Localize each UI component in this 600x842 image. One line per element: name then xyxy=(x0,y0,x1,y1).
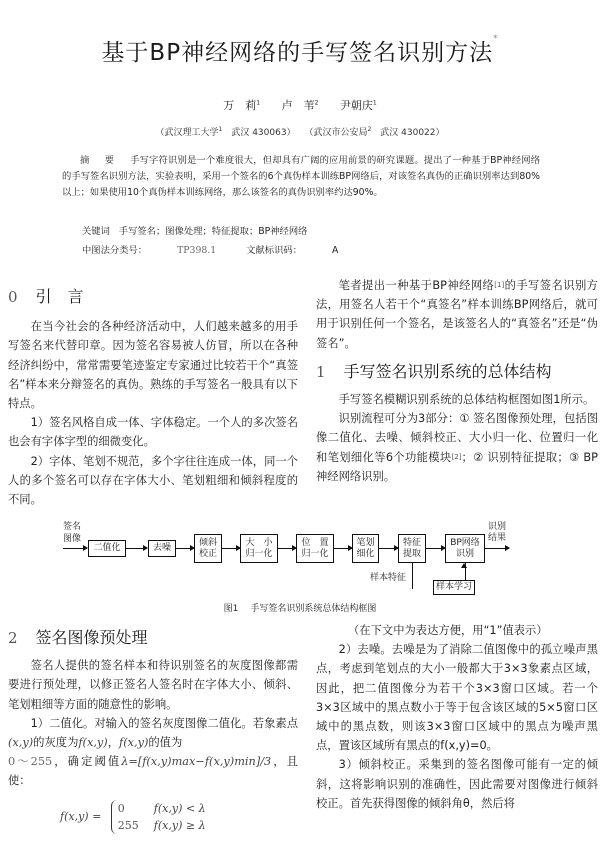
formula-case: 255f(x,y) ≥ λ xyxy=(118,819,206,832)
abstract-text: 手写字符识别是一个难度很大，但却具有广阔的应用前景的研究课题。提出了一种基于BP… xyxy=(62,155,540,198)
author-sup: 1 xyxy=(256,99,260,106)
paragraph-denoise: 2）去噪。去噪是为了消除二值图像中的孤立噪声黑点，考虑到笔划点的大小一般都大于3… xyxy=(316,640,598,755)
figure-block-diagram: 签名 图像 二值化 去噪 倾斜校正 大 小归一化 位 置归一化 笔划细化 特征提… xyxy=(55,518,555,600)
section-introduction: 0引 言 在当今社会的各种经济活动中，人们越来越多的用手写签名来代替印章。因为签… xyxy=(8,287,298,509)
text-run: 1）二值化。对输入的签名灰度图像二值化。若象素点 xyxy=(31,717,298,730)
box-skew-correction: 倾斜校正 xyxy=(194,534,222,563)
section-heading: 1手写签名识别系统的总体结构 xyxy=(316,362,598,382)
section-number: 0 xyxy=(8,288,18,306)
abstract-label: 摘 要 xyxy=(80,155,120,166)
section-heading: 2签名图像预处理 xyxy=(8,628,298,648)
clc-number: 中图法分类号：TP398.1 xyxy=(82,245,216,256)
author-name: 卢 苇 xyxy=(282,99,315,112)
arrow-icon xyxy=(485,548,509,549)
arrow-icon xyxy=(222,548,240,549)
box-position-normalization: 位 置归一化 xyxy=(296,534,334,563)
arrow-icon xyxy=(379,548,398,549)
text-run: 的值为 xyxy=(148,736,182,749)
author-name: 万 莉 xyxy=(223,99,256,112)
author: 卢 苇2 xyxy=(282,99,319,112)
box-bp-network-recognition: BP网络识别 xyxy=(445,534,485,563)
case-condition: f(x,y) ≥ λ xyxy=(154,819,206,832)
paragraph: 在当今社会的各种经济活动中，人们越来越多的用手写签名来代替印章。因为签名容易被人… xyxy=(8,317,298,413)
right-column-top: 笔者提出一种基于BP神经网络[1]的手写签名识别方法，用签名人若干个“真签名”样… xyxy=(316,276,598,486)
arrow-icon xyxy=(334,548,352,549)
author-sup: 1 xyxy=(373,99,377,106)
classification: 中图法分类号：TP398.1文献标识码：A xyxy=(82,242,338,256)
affiliations: （武汉理工大学1 武汉 430063） （武汉市公安局2 武汉 430022） xyxy=(0,125,600,138)
math-inline: (x,y) xyxy=(8,736,33,749)
section-number: 2 xyxy=(8,629,18,647)
formula-lhs: f(x,y) = xyxy=(60,810,101,823)
caption-text: 手写签名识别系统总体结构框图 xyxy=(250,604,376,614)
box-sample-learning: 样本学习 xyxy=(433,580,475,595)
case-condition: f(x,y) < λ xyxy=(154,802,206,815)
arrow-icon xyxy=(426,548,445,549)
doc-code: 文献标识码：A xyxy=(246,245,338,256)
figure-caption: 图1手写签名识别系统总体结构框图 xyxy=(0,601,600,614)
paragraph: 2）字体、笔划不规范，多个字往往连成一体，同一个人的多个签名可以存在字体大小、笔… xyxy=(8,452,298,510)
box-denoise: 去噪 xyxy=(148,540,176,557)
keywords-text: 手写签名；图像处理；特征提取；BP神经网络 xyxy=(119,226,308,237)
box-feature-extraction: 特征提取 xyxy=(398,534,426,563)
doc-code-value: A xyxy=(332,245,338,256)
section-title: 引 言 xyxy=(36,287,84,306)
authors: 万 莉1 卢 苇2 尹朝庆1 xyxy=(0,97,600,113)
abstract: 摘 要手写字符识别是一个难度很大，但却具有广阔的应用前景的研究课题。提出了一种基… xyxy=(62,153,540,201)
binarization-formula: f(x,y) = 0f(x,y) < λ 255f(x,y) ≥ λ xyxy=(60,800,206,834)
note: （在下文中为表达方便，用“1”值表示） xyxy=(316,621,598,640)
author-sup: 2 xyxy=(315,99,319,106)
paragraph: 0～255，确定阈值λ=[f(x,y)max−f(x,y)min]/3，且使： xyxy=(8,752,298,790)
box-stroke-thinning: 笔划细化 xyxy=(352,534,379,563)
text-run: ，确定阈值 xyxy=(52,755,121,768)
output-label: 结果 xyxy=(488,533,506,544)
paragraph: 识别流程可分为3部分：① 签名图像预处理，包括图像二值化、去噪、倾斜校正、大小归… xyxy=(316,409,598,486)
abstract-indent xyxy=(62,155,80,166)
arrow-up-icon xyxy=(461,563,467,568)
box-binarization: 二值化 xyxy=(88,540,126,557)
input-label: 图像 xyxy=(63,534,81,545)
section-heading: 0引 言 xyxy=(8,287,298,307)
paragraph-skew-correction: 3）倾斜校正。采集到的签名图像可能有一定的倾斜，这将影响识别的准确性，因此需要对… xyxy=(316,755,598,813)
section-number: 1 xyxy=(316,363,326,381)
paper-title: 基于BP神经网络的手写签名识别方法* xyxy=(0,34,600,67)
affiliation-location: 武汉 430022） xyxy=(371,128,444,138)
math-inline: f(x,y) xyxy=(119,736,148,749)
clc-label: 中图法分类号： xyxy=(82,245,147,256)
citation: [2] xyxy=(452,453,462,461)
arrow-icon xyxy=(176,548,194,549)
clc-value: TP398.1 xyxy=(177,245,216,256)
paragraph: 手写签名模糊识别系统的总体结构框图如图1所示。 xyxy=(316,390,598,409)
right-column-bottom: （在下文中为表达方便，用“1”值表示） 2）去噪。去噪是为了消除二值图像中的孤立… xyxy=(316,621,598,813)
text-run: ， xyxy=(108,736,119,749)
author: 万 莉1 xyxy=(223,99,260,112)
affiliation-name: （武汉理工大学 xyxy=(156,128,219,138)
math-inline: f(x,y) xyxy=(78,736,107,749)
sample-feature-label: 样本特征 xyxy=(370,573,406,584)
paragraph: 1）签名风格自成一体、字体稳定。一个人的多次签名也会有字体字型的细微变化。 xyxy=(8,413,298,451)
affiliation: （武汉市公安局2 武汉 430022） xyxy=(304,128,444,138)
case-value: 255 xyxy=(118,817,154,834)
math-inline: 0～255 xyxy=(8,755,52,768)
text-run: 笔者提出一种基于BP神经网络 xyxy=(339,279,495,292)
arrow-icon xyxy=(278,548,296,549)
math-inline: λ=[f(x,y)max−f(x,y)min]/3 xyxy=(121,755,271,768)
formula-cases: 0f(x,y) < λ 255f(x,y) ≥ λ xyxy=(111,800,206,834)
paragraph: 签名人提供的签名样本和待识别签名的灰度图像都需要进行预处理，以修正签名人签名时在… xyxy=(8,656,298,714)
keywords: 关键词 手写签名；图像处理；特征提取；BP神经网络 xyxy=(82,223,307,237)
box-size-normalization: 大 小归一化 xyxy=(240,534,278,563)
keywords-label: 关键词 xyxy=(82,226,110,237)
affiliation-name: （武汉市公安局 xyxy=(304,128,367,138)
text-run: 的灰度为 xyxy=(33,736,78,749)
author: 尹朝庆1 xyxy=(340,99,377,112)
title-footnote-mark: * xyxy=(493,34,499,44)
title-text: 基于BP神经网络的手写签名识别方法 xyxy=(101,40,493,66)
section-title: 手写签名识别系统的总体结构 xyxy=(344,362,552,381)
citation: [1] xyxy=(494,281,504,289)
case-value: 0 xyxy=(118,800,154,817)
author-name: 尹朝庆 xyxy=(340,99,373,112)
section-preprocessing: 2签名图像预处理 签名人提供的签名样本和待识别签名的灰度图像都需要进行预处理，以… xyxy=(8,628,298,791)
section-title: 签名图像预处理 xyxy=(36,628,148,647)
formula-case: 0f(x,y) < λ xyxy=(118,802,206,815)
connector-line xyxy=(412,563,413,589)
caption-number: 图1 xyxy=(224,604,239,614)
doc-code-label: 文献标识码： xyxy=(246,245,302,256)
paragraph: 1）二值化。对输入的签名灰度图像二值化。若象素点(x,y)的灰度为f(x,y)，… xyxy=(8,714,298,752)
paragraph: 笔者提出一种基于BP神经网络[1]的手写签名识别方法，用签名人若干个“真签名”样… xyxy=(316,276,598,353)
affiliation: （武汉理工大学1 武汉 430063） xyxy=(156,128,296,138)
input-label: 签名 xyxy=(63,522,81,533)
output-label: 识别 xyxy=(488,522,506,533)
arrow-icon xyxy=(63,548,87,549)
arrow-icon xyxy=(126,548,147,549)
affiliation-location: 武汉 430063） xyxy=(222,128,295,138)
